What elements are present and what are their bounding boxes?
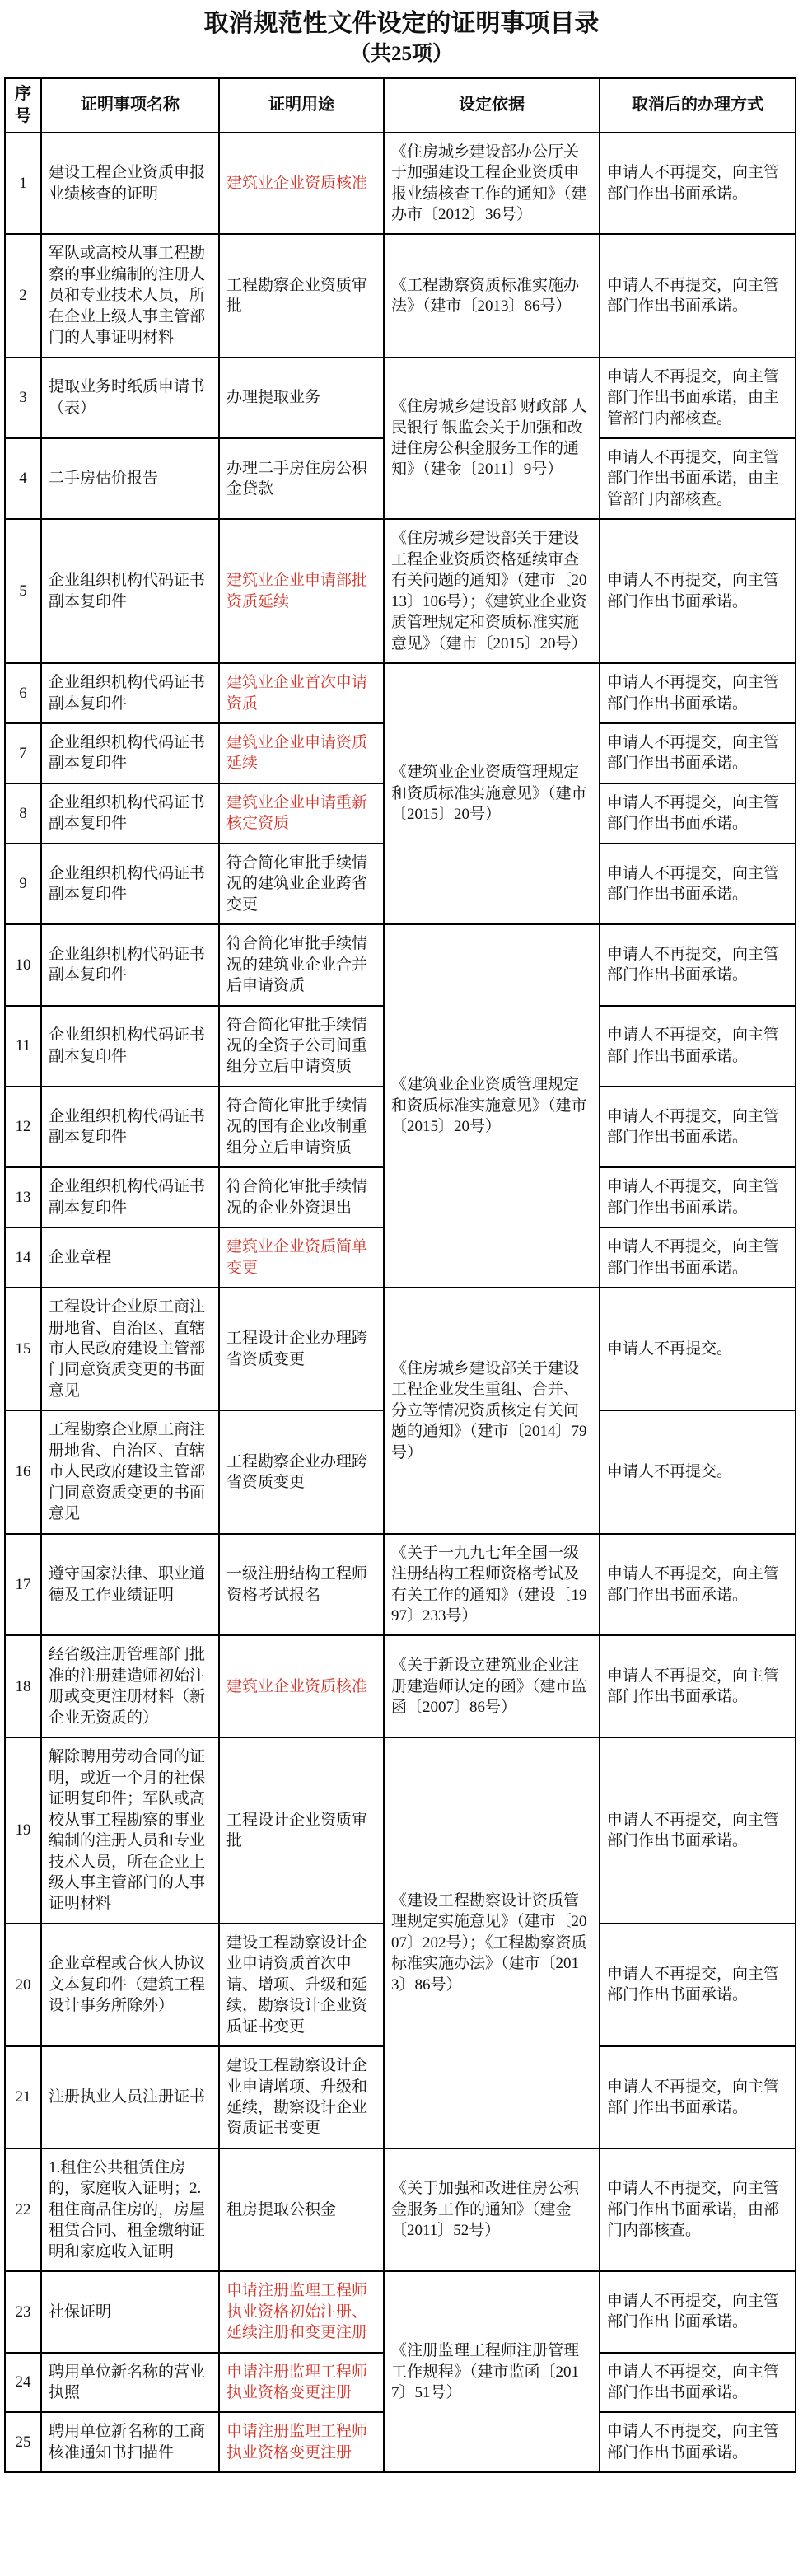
item-purpose: 工程勘察企业办理跨省资质变更: [219, 1410, 384, 1533]
item-method: 申请人不再提交，向主管部门作出书面承诺。: [600, 2353, 796, 2413]
row-number: 18: [5, 1635, 41, 1737]
table-row: 23 社保证明 申请注册监理工程师执业资格初始注册、延续注册和变更注册 《注册监…: [5, 2271, 796, 2352]
item-method: 申请人不再提交。: [600, 1410, 796, 1533]
row-number: 17: [5, 1534, 41, 1636]
item-name: 社保证明: [41, 2271, 219, 2352]
item-purpose: 一级注册结构工程师资格考试报名: [219, 1534, 384, 1636]
item-method: 申请人不再提交，向主管部门作出书面承诺。: [600, 2271, 796, 2352]
header-row: 序号 证明事项名称 证明用途 设定依据 取消后的办理方式: [5, 78, 796, 133]
row-number: 3: [5, 358, 41, 438]
item-method: 申请人不再提交，向主管部门作出书面承诺。: [600, 519, 796, 663]
row-number: 20: [5, 1924, 41, 2046]
item-method: 申请人不再提交，向主管部门作出书面承诺。: [600, 1635, 796, 1737]
item-purpose: 办理提取业务: [219, 358, 384, 438]
page-subtitle: （共25项）: [0, 41, 803, 68]
item-method: 申请人不再提交，向主管部门作出书面承诺。: [600, 783, 796, 844]
row-number: 16: [5, 1410, 41, 1533]
table-row: 17 遵守国家法律、职业道德及工作业绩证明 一级注册结构工程师资格考试报名 《关…: [5, 1534, 796, 1636]
item-name: 企业组织机构代码证书副本复印件: [41, 663, 219, 723]
row-number: 12: [5, 1087, 41, 1167]
item-purpose: 建筑业企业申请重新核定资质: [219, 783, 384, 844]
col-header-no: 序号: [5, 78, 41, 133]
item-name: 企业组织机构代码证书副本复印件: [41, 1006, 219, 1087]
item-purpose: 工程设计企业资质审批: [219, 1737, 384, 1924]
item-purpose: 申请注册监理工程师执业资格初始注册、延续注册和变更注册: [219, 2271, 384, 2352]
item-basis: 《住房城乡建设部关于建设工程企业发生重组、合并、分立等情况资质核定有关问题的通知…: [384, 1288, 600, 1534]
item-basis: 《住房城乡建设部办公厅关于加强建设工程企业资质申报业绩核查工作的通知》（建办市〔…: [384, 133, 600, 235]
item-purpose: 办理二手房住房公积金贷款: [219, 438, 384, 519]
table-row: 18 经省级注册管理部门批准的注册建造师初始注册或变更注册材料（新企业无资质的）…: [5, 1635, 796, 1737]
table-row: 6 企业组织机构代码证书副本复印件 建筑业企业首次申请资质 《建筑业企业资质管理…: [5, 663, 796, 723]
item-name: 二手房估价报告: [41, 438, 219, 519]
item-method: 申请人不再提交，向主管部门作出书面承诺。: [600, 1534, 796, 1636]
item-method: 申请人不再提交。: [600, 1288, 796, 1410]
item-method: 申请人不再提交，向主管部门作出书面承诺。: [600, 2412, 796, 2472]
item-name: 聘用单位新名称的营业执照: [41, 2353, 219, 2413]
item-purpose: 申请注册监理工程师执业资格变更注册: [219, 2412, 384, 2472]
item-name: 企业组织机构代码证书副本复印件: [41, 783, 219, 844]
item-basis: 《建筑业企业资质管理规定和资质标准实施意见》（建市〔2015〕20号）: [384, 663, 600, 924]
item-name: 1.租住公共租赁住房的，家庭收入证明；2.租住商品住房的，房屋租赁合同、租金缴纳…: [41, 2148, 219, 2271]
row-number: 9: [5, 844, 41, 924]
table-row: 19 解除聘用劳动合同的证明，或近一个月的社保证明复印件；军队或高校从事工程勘察…: [5, 1737, 796, 1924]
col-header-method: 取消后的办理方式: [600, 78, 796, 133]
table-row: 2 军队或高校从事工程勘察的事业编制的注册人员和专业技术人员，所在企业上级人事主…: [5, 234, 796, 357]
item-basis: 《建设工程勘察设计资质管理规定实施意见》（建市〔2007〕202号）；《工程勘察…: [384, 1737, 600, 2148]
item-name: 工程设计企业原工商注册地省、自治区、直辖市人民政府建设主管部门同意资质变更的书面…: [41, 1288, 219, 1410]
page-title: 取消规范性文件设定的证明事项目录: [0, 8, 803, 40]
item-method: 申请人不再提交，向主管部门作出书面承诺。: [600, 1167, 796, 1227]
item-basis: 《关于加强和改进住房公积金服务工作的通知》（建金〔2011〕52号）: [384, 2148, 600, 2271]
item-basis: 《住房城乡建设部 财政部 人民银行 银监会关于加强和改进住房公积金服务工作的通知…: [384, 358, 600, 520]
row-number: 2: [5, 234, 41, 357]
item-purpose: 工程勘察企业资质审批: [219, 234, 384, 357]
row-number: 15: [5, 1288, 41, 1410]
item-name: 遵守国家法律、职业道德及工作业绩证明: [41, 1534, 219, 1636]
item-purpose: 建筑业企业首次申请资质: [219, 663, 384, 723]
item-purpose: 符合简化审批手续情况的企业外资退出: [219, 1167, 384, 1227]
item-name: 企业组织机构代码证书副本复印件: [41, 723, 219, 783]
row-number: 7: [5, 723, 41, 783]
row-number: 25: [5, 2412, 41, 2472]
col-header-item-name: 证明事项名称: [41, 78, 219, 133]
item-purpose: 工程设计企业办理跨省资质变更: [219, 1288, 384, 1410]
item-method: 申请人不再提交，向主管部门作出书面承诺。: [600, 1924, 796, 2046]
document-title-block: 取消规范性文件设定的证明事项目录 （共25项）: [0, 0, 803, 68]
item-name: 解除聘用劳动合同的证明，或近一个月的社保证明复印件；军队或高校从事工程勘察的事业…: [41, 1737, 219, 1924]
row-number: 22: [5, 2148, 41, 2271]
item-name: 企业组织机构代码证书副本复印件: [41, 519, 219, 663]
row-number: 10: [5, 924, 41, 1005]
item-method: 申请人不再提交，向主管部门作出书面承诺。: [600, 234, 796, 357]
item-method: 申请人不再提交，向主管部门作出书面承诺，由主管部门内部核查。: [600, 438, 796, 519]
item-method: 申请人不再提交，向主管部门作出书面承诺。: [600, 1227, 796, 1288]
item-basis: 《工程勘察资质标准实施办法》（建市〔2013〕86号）: [384, 234, 600, 357]
table-row: 3 提取业务时纸质申请书（表） 办理提取业务 《住房城乡建设部 财政部 人民银行…: [5, 358, 796, 438]
item-purpose: 建设工程勘察设计企业申请增项、升级和延续，勘察设计企业资质证书变更: [219, 2046, 384, 2148]
item-purpose: 申请注册监理工程师执业资格变更注册: [219, 2353, 384, 2413]
item-method: 申请人不再提交，向主管部门作出书面承诺。: [600, 723, 796, 783]
table-row: 22 1.租住公共租赁住房的，家庭收入证明；2.租住商品住房的，房屋租赁合同、租…: [5, 2148, 796, 2271]
row-number: 4: [5, 438, 41, 519]
item-purpose: 符合简化审批手续情况的国有企业改制重组分立后申请资质: [219, 1087, 384, 1167]
item-method: 申请人不再提交，向主管部门作出书面承诺，由部门内部核查。: [600, 2148, 796, 2271]
item-method: 申请人不再提交，向主管部门作出书面承诺。: [600, 1006, 796, 1087]
table-row: 5 企业组织机构代码证书副本复印件 建筑业企业申请部批资质延续 《住房城乡建设部…: [5, 519, 796, 663]
row-number: 8: [5, 783, 41, 844]
item-name: 提取业务时纸质申请书（表）: [41, 358, 219, 438]
item-name: 企业组织机构代码证书副本复印件: [41, 1087, 219, 1167]
item-name: 企业章程或合伙人协议文本复印件（建筑工程设计事务所除外）: [41, 1924, 219, 2046]
table-body: 1 建设工程企业资质申报业绩核查的证明 建筑业企业资质核准 《住房城乡建设部办公…: [5, 133, 796, 2473]
item-method: 申请人不再提交，向主管部门作出书面承诺。: [600, 924, 796, 1005]
row-number: 6: [5, 663, 41, 723]
row-number: 13: [5, 1167, 41, 1227]
item-purpose: 建筑业企业资质简单变更: [219, 1227, 384, 1288]
item-name: 企业章程: [41, 1227, 219, 1288]
item-method: 申请人不再提交，向主管部门作出书面承诺。: [600, 663, 796, 723]
item-name: 军队或高校从事工程勘察的事业编制的注册人员和专业技术人员，所在企业上级人事主管部…: [41, 234, 219, 357]
item-purpose: 建筑业企业资质核准: [219, 133, 384, 235]
item-basis: 《注册监理工程师注册管理工作规程》（建市监函〔2017〕51号）: [384, 2271, 600, 2472]
item-purpose: 建筑业企业资质核准: [219, 1635, 384, 1737]
table-row: 10 企业组织机构代码证书副本复印件 符合简化审批手续情况的建筑业企业合并后申请…: [5, 924, 796, 1005]
item-method: 申请人不再提交，向主管部门作出书面承诺。: [600, 1737, 796, 1924]
row-number: 5: [5, 519, 41, 663]
item-purpose: 符合简化审批手续情况的建筑业企业跨省变更: [219, 844, 384, 924]
row-number: 24: [5, 2353, 41, 2413]
row-number: 1: [5, 133, 41, 235]
item-name: 聘用单位新名称的工商核准通知书扫描件: [41, 2412, 219, 2472]
item-name: 注册执业人员注册证书: [41, 2046, 219, 2148]
document-page: 取消规范性文件设定的证明事项目录 （共25项） 序号 证明事项名称 证明用途 设…: [0, 0, 803, 2473]
row-number: 19: [5, 1737, 41, 1924]
item-method: 申请人不再提交，向主管部门作出书面承诺，由主管部门内部核查。: [600, 358, 796, 438]
col-header-purpose: 证明用途: [219, 78, 384, 133]
item-purpose: 租房提取公积金: [219, 2148, 384, 2271]
item-basis: 《住房城乡建设部关于建设工程企业资质资格延续审查有关问题的通知》（建市〔2013…: [384, 519, 600, 663]
item-purpose: 建设工程勘察设计企业申请资质首次申请、增项、升级和延续，勘察设计企业资质证书变更: [219, 1924, 384, 2046]
item-purpose: 建筑业企业申请资质延续: [219, 723, 384, 783]
col-header-basis: 设定依据: [384, 78, 600, 133]
item-name: 建设工程企业资质申报业绩核查的证明: [41, 133, 219, 235]
item-name: 经省级注册管理部门批准的注册建造师初始注册或变更注册材料（新企业无资质的）: [41, 1635, 219, 1737]
item-basis: 《建筑业企业资质管理规定和资质标准实施意见》（建市〔2015〕20号）: [384, 924, 600, 1288]
table-row: 15 工程设计企业原工商注册地省、自治区、直辖市人民政府建设主管部门同意资质变更…: [5, 1288, 796, 1410]
item-purpose: 符合简化审批手续情况的全资子公司间重组分立后申请资质: [219, 1006, 384, 1087]
item-name: 企业组织机构代码证书副本复印件: [41, 844, 219, 924]
item-method: 申请人不再提交，向主管部门作出书面承诺。: [600, 844, 796, 924]
item-method: 申请人不再提交，向主管部门作出书面承诺。: [600, 133, 796, 235]
table-row: 1 建设工程企业资质申报业绩核查的证明 建筑业企业资质核准 《住房城乡建设部办公…: [5, 133, 796, 235]
item-purpose: 建筑业企业申请部批资质延续: [219, 519, 384, 663]
row-number: 14: [5, 1227, 41, 1288]
item-method: 申请人不再提交，向主管部门作出书面承诺。: [600, 1087, 796, 1167]
row-number: 11: [5, 1006, 41, 1087]
row-number: 21: [5, 2046, 41, 2148]
item-purpose: 符合简化审批手续情况的建筑业企业合并后申请资质: [219, 924, 384, 1005]
item-name: 企业组织机构代码证书副本复印件: [41, 1167, 219, 1227]
item-name: 企业组织机构代码证书副本复印件: [41, 924, 219, 1005]
item-method: 申请人不再提交，向主管部门作出书面承诺。: [600, 2046, 796, 2148]
catalog-table: 序号 证明事项名称 证明用途 设定依据 取消后的办理方式 1 建设工程企业资质申…: [4, 77, 796, 2473]
item-basis: 《关于一九九七年全国一级注册结构工程师资格考试及有关工作的通知》（建设〔1997…: [384, 1534, 600, 1636]
row-number: 23: [5, 2271, 41, 2352]
item-basis: 《关于新设立建筑业企业注册建造师认定的函》（建市监函〔2007〕86号）: [384, 1635, 600, 1737]
item-name: 工程勘察企业原工商注册地省、自治区、直辖市人民政府建设主管部门同意资质变更的书面…: [41, 1410, 219, 1533]
